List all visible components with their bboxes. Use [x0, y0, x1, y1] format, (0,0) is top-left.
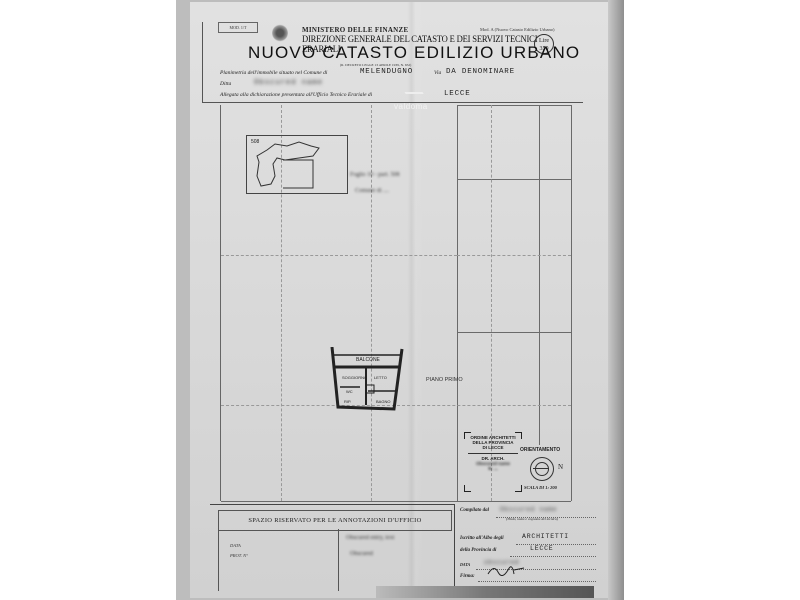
office-annotations-box: SPAZIO RISERVATO PER LE ANNOTAZIONI D'UF…	[210, 504, 455, 593]
stamp-corner	[464, 432, 471, 439]
document-photo: MOD. 1/T MINISTERO DELLE FINANZE DIREZIO…	[176, 0, 624, 600]
document-title: NUOVO CATASTO EDILIZIO URBANO	[248, 43, 580, 63]
field-planimetria: Planimetria dell'immobile situato nel Co…	[220, 70, 580, 76]
province-value: LECCE	[530, 545, 554, 552]
grid-dash	[371, 105, 372, 501]
scale-label: SCALA DI 1: 200	[524, 485, 557, 490]
apartment-floor-plan: BALCONE SOGGIORNO LETTO WC RIP. BAGNO	[330, 347, 404, 419]
site-plan-outline-icon	[247, 136, 347, 193]
stamp-line: N. ...	[464, 466, 522, 471]
grid-line	[457, 105, 458, 501]
field-ditta: Ditta Obscured name	[220, 81, 580, 87]
room-label: SOGGIORNO	[342, 375, 367, 380]
annotations-entry: Obscured	[350, 551, 373, 557]
grid-dash	[457, 255, 571, 256]
comune-value: MELENDUGNO	[360, 68, 413, 76]
floor-label: PIANO PRIMO	[426, 377, 463, 383]
architect-stamp: ORDINE ARCHITETTI DELLA PROVINCIA DI LEC…	[464, 432, 522, 492]
allegata-label: Allegata alla dichiarazione presentata a…	[220, 92, 372, 98]
annotations-data-label: DATA	[230, 543, 241, 548]
planimetria-label: Planimetria dell'immobile situato nel Co…	[220, 70, 327, 76]
ditta-value: Obscured name	[254, 79, 323, 87]
room-label: BAGNO	[376, 399, 390, 404]
compiled-by-label: Compilato dal	[460, 508, 489, 513]
ministry-name: MINISTERO DELLE FINANZE	[302, 26, 408, 34]
annotations-divider	[338, 529, 339, 591]
annotations-prot-label: PROT. N°	[230, 553, 248, 558]
field-allegata: Allegata alla dichiarazione presentata a…	[220, 92, 580, 98]
orientation-label: ORIENTAMENTO	[520, 447, 560, 453]
via-value: DA DENOMINARE	[446, 68, 515, 76]
room-label: LETTO	[374, 375, 387, 380]
grid-line	[457, 332, 571, 333]
stamp-line: DI LECCE	[464, 445, 522, 450]
model-stamp: MOD. 1/T	[218, 22, 258, 33]
compiled-by-hint: (Titolo, nome e cognome del tecnico)	[506, 517, 558, 521]
registered-label: Iscritto all'Albo degli	[460, 536, 504, 541]
stamp-corner	[515, 485, 522, 492]
photo-bottom-shadow	[376, 586, 594, 598]
signature-label: Firma:	[460, 574, 475, 579]
room-label: RIP.	[344, 399, 351, 404]
grid-line	[571, 105, 572, 501]
room-label: BALCONE	[356, 357, 380, 363]
field-line	[510, 555, 596, 557]
grid-dash	[221, 255, 457, 256]
north-label: N	[558, 463, 563, 471]
annotations-body	[218, 529, 451, 591]
registered-value: ARCHITETTI	[522, 533, 569, 540]
field-line	[516, 543, 596, 545]
site-note-1: Foglio 10 - part. 508	[350, 172, 400, 178]
site-plan-label: 508	[251, 139, 259, 145]
grid-line	[221, 501, 571, 502]
annotations-header: SPAZIO RISERVATO PER LE ANNOTAZIONI D'UF…	[218, 510, 452, 531]
stamp-corner	[464, 485, 471, 492]
model-note: Mod. A (Nuovo Catasto Edilizio Urbano)	[480, 27, 555, 32]
compass-needle	[533, 468, 549, 469]
stamp-corner	[515, 432, 522, 439]
stamp-line: DR. ARCH.	[468, 453, 518, 461]
site-plan: 508	[246, 135, 348, 194]
annotations-entry: Obscured entry, text	[346, 535, 394, 541]
grid-line	[457, 105, 571, 106]
compass-icon	[530, 457, 554, 481]
grid-line	[539, 105, 540, 445]
room-label: WC	[346, 389, 353, 394]
via-label: Via	[434, 70, 441, 76]
cadastral-plan-sheet: MOD. 1/T MINISTERO DELLE FINANZE DIREZIO…	[190, 2, 608, 598]
italian-emblem-icon	[272, 24, 288, 42]
ditta-label: Ditta	[220, 81, 231, 87]
field-line	[478, 580, 596, 582]
compiled-by-value: Obscured name	[500, 506, 557, 513]
grid-line	[457, 179, 571, 180]
province-label: della Provincia di	[460, 548, 496, 553]
legal-note: (R. DECRETO LEGGE 13 APRILE 1939, N. 652…	[340, 63, 411, 67]
site-note-2: Comune di ....	[355, 188, 389, 194]
ufficio-value: LECCE	[444, 90, 471, 98]
photo-edge-shadow	[608, 0, 624, 600]
signature-icon	[486, 564, 526, 576]
date-label: DATA	[460, 562, 470, 567]
